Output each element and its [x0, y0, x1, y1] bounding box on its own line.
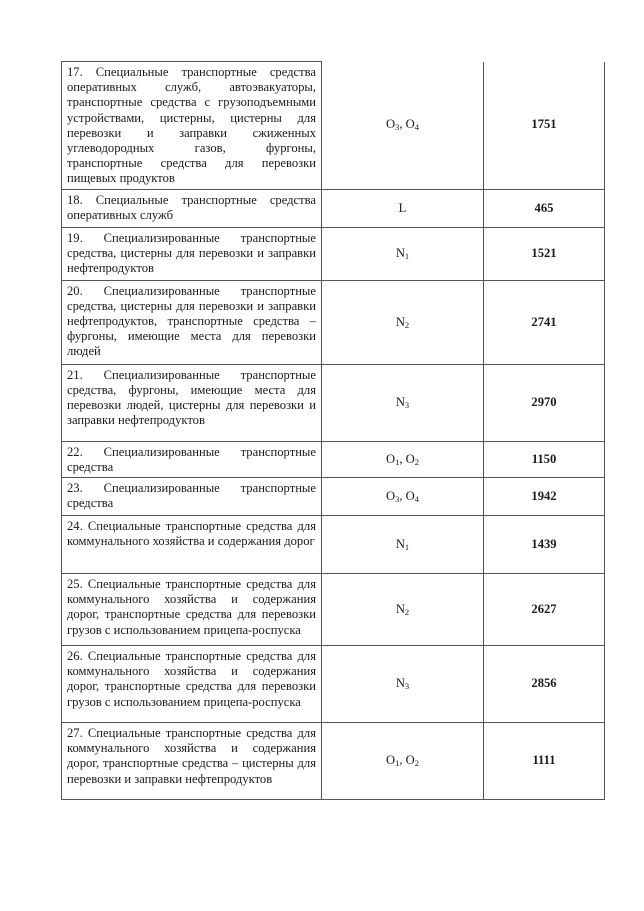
value-cell: 1150 [484, 441, 605, 477]
table-row: 24. Специальные транспортные средства дл… [62, 516, 605, 574]
description-cell: 25. Специальные транспортные средства дл… [62, 574, 322, 646]
category-cell: N2 [322, 574, 484, 646]
category-cell: N1 [322, 516, 484, 574]
description-cell: 18. Специальные транспортные средства оп… [62, 189, 322, 227]
description-cell: 21. Специализированные транспортные сред… [62, 364, 322, 441]
table-row: 27. Специальные транспортные средства дл… [62, 723, 605, 800]
category-cell: L [322, 189, 484, 227]
table-row: 22. Специализированные транспортные сред… [62, 441, 605, 477]
description-text: 22. Специализированные транспортные сред… [67, 445, 316, 475]
description-text: 26. Специальные транспортные средства дл… [67, 649, 316, 710]
table-row: 23. Специализированные транспортные сред… [62, 478, 605, 516]
description-cell: 20. Специализированные транспортные сред… [62, 280, 322, 364]
table-row: 17. Специальные транспортные средства оп… [62, 62, 605, 190]
category-cell: N2 [322, 280, 484, 364]
category-code: O1 [386, 753, 399, 767]
value-cell: 2741 [484, 280, 605, 364]
category-cell: O3, O4 [322, 62, 484, 190]
category-code: N3 [396, 676, 409, 690]
description-cell: 23. Специализированные транспортные сред… [62, 478, 322, 516]
category-code: L [399, 201, 407, 215]
table-row: 26. Специальные транспортные средства дл… [62, 646, 605, 723]
value-cell: 1439 [484, 516, 605, 574]
table-body: 17. Специальные транспортные средства оп… [62, 62, 605, 800]
category-code: O2 [406, 753, 419, 767]
description-text: 23. Специализированные транспортные сред… [67, 481, 316, 511]
table-row: 19. Специализированные транспортные сред… [62, 227, 605, 280]
description-cell: 26. Специальные транспортные средства дл… [62, 646, 322, 723]
vehicle-category-table: 17. Специальные транспортные средства оп… [61, 61, 605, 800]
category-code: N2 [396, 315, 409, 329]
value-cell: 2856 [484, 646, 605, 723]
description-text: 17. Специальные транспортные средства оп… [67, 65, 316, 187]
description-cell: 19. Специализированные транспортные сред… [62, 227, 322, 280]
value-cell: 1111 [484, 723, 605, 800]
category-cell: O1, O2 [322, 441, 484, 477]
category-code: N2 [396, 602, 409, 616]
category-code: O3 [386, 117, 399, 131]
document-page: 17. Специальные транспортные средства оп… [0, 0, 644, 911]
description-cell: 27. Специальные транспортные средства дл… [62, 723, 322, 800]
category-cell: O1, O2 [322, 723, 484, 800]
category-code: N1 [396, 537, 409, 551]
description-text: 27. Специальные транспортные средства дл… [67, 726, 316, 787]
value-cell: 1942 [484, 478, 605, 516]
description-text: 21. Специализированные транспортные сред… [67, 368, 316, 429]
description-text: 24. Специальные транспортные средства дл… [67, 519, 316, 549]
value-cell: 1521 [484, 227, 605, 280]
category-code: O4 [406, 489, 419, 503]
category-code: N1 [396, 246, 409, 260]
category-code: N3 [396, 395, 409, 409]
category-cell: N3 [322, 364, 484, 441]
category-code: O1 [386, 452, 399, 466]
category-cell: N3 [322, 646, 484, 723]
description-cell: 22. Специализированные транспортные сред… [62, 441, 322, 477]
value-cell: 2627 [484, 574, 605, 646]
description-cell: 17. Специальные транспортные средства оп… [62, 62, 322, 190]
category-code: O4 [406, 117, 419, 131]
table-row: 18. Специальные транспортные средства оп… [62, 189, 605, 227]
description-text: 19. Специализированные транспортные сред… [67, 231, 316, 277]
category-cell: N1 [322, 227, 484, 280]
category-code: O2 [406, 452, 419, 466]
value-cell: 465 [484, 189, 605, 227]
category-cell: O3, O4 [322, 478, 484, 516]
description-text: 20. Специализированные транспортные сред… [67, 284, 316, 360]
description-text: 25. Специальные транспортные средства дл… [67, 577, 316, 638]
table-row: 20. Специализированные транспортные сред… [62, 280, 605, 364]
table-row: 21. Специализированные транспортные сред… [62, 364, 605, 441]
description-text: 18. Специальные транспортные средства оп… [67, 193, 316, 223]
value-cell: 2970 [484, 364, 605, 441]
value-cell: 1751 [484, 62, 605, 190]
table-row: 25. Специальные транспортные средства дл… [62, 574, 605, 646]
description-cell: 24. Специальные транспортные средства дл… [62, 516, 322, 574]
category-code: O3 [386, 489, 399, 503]
